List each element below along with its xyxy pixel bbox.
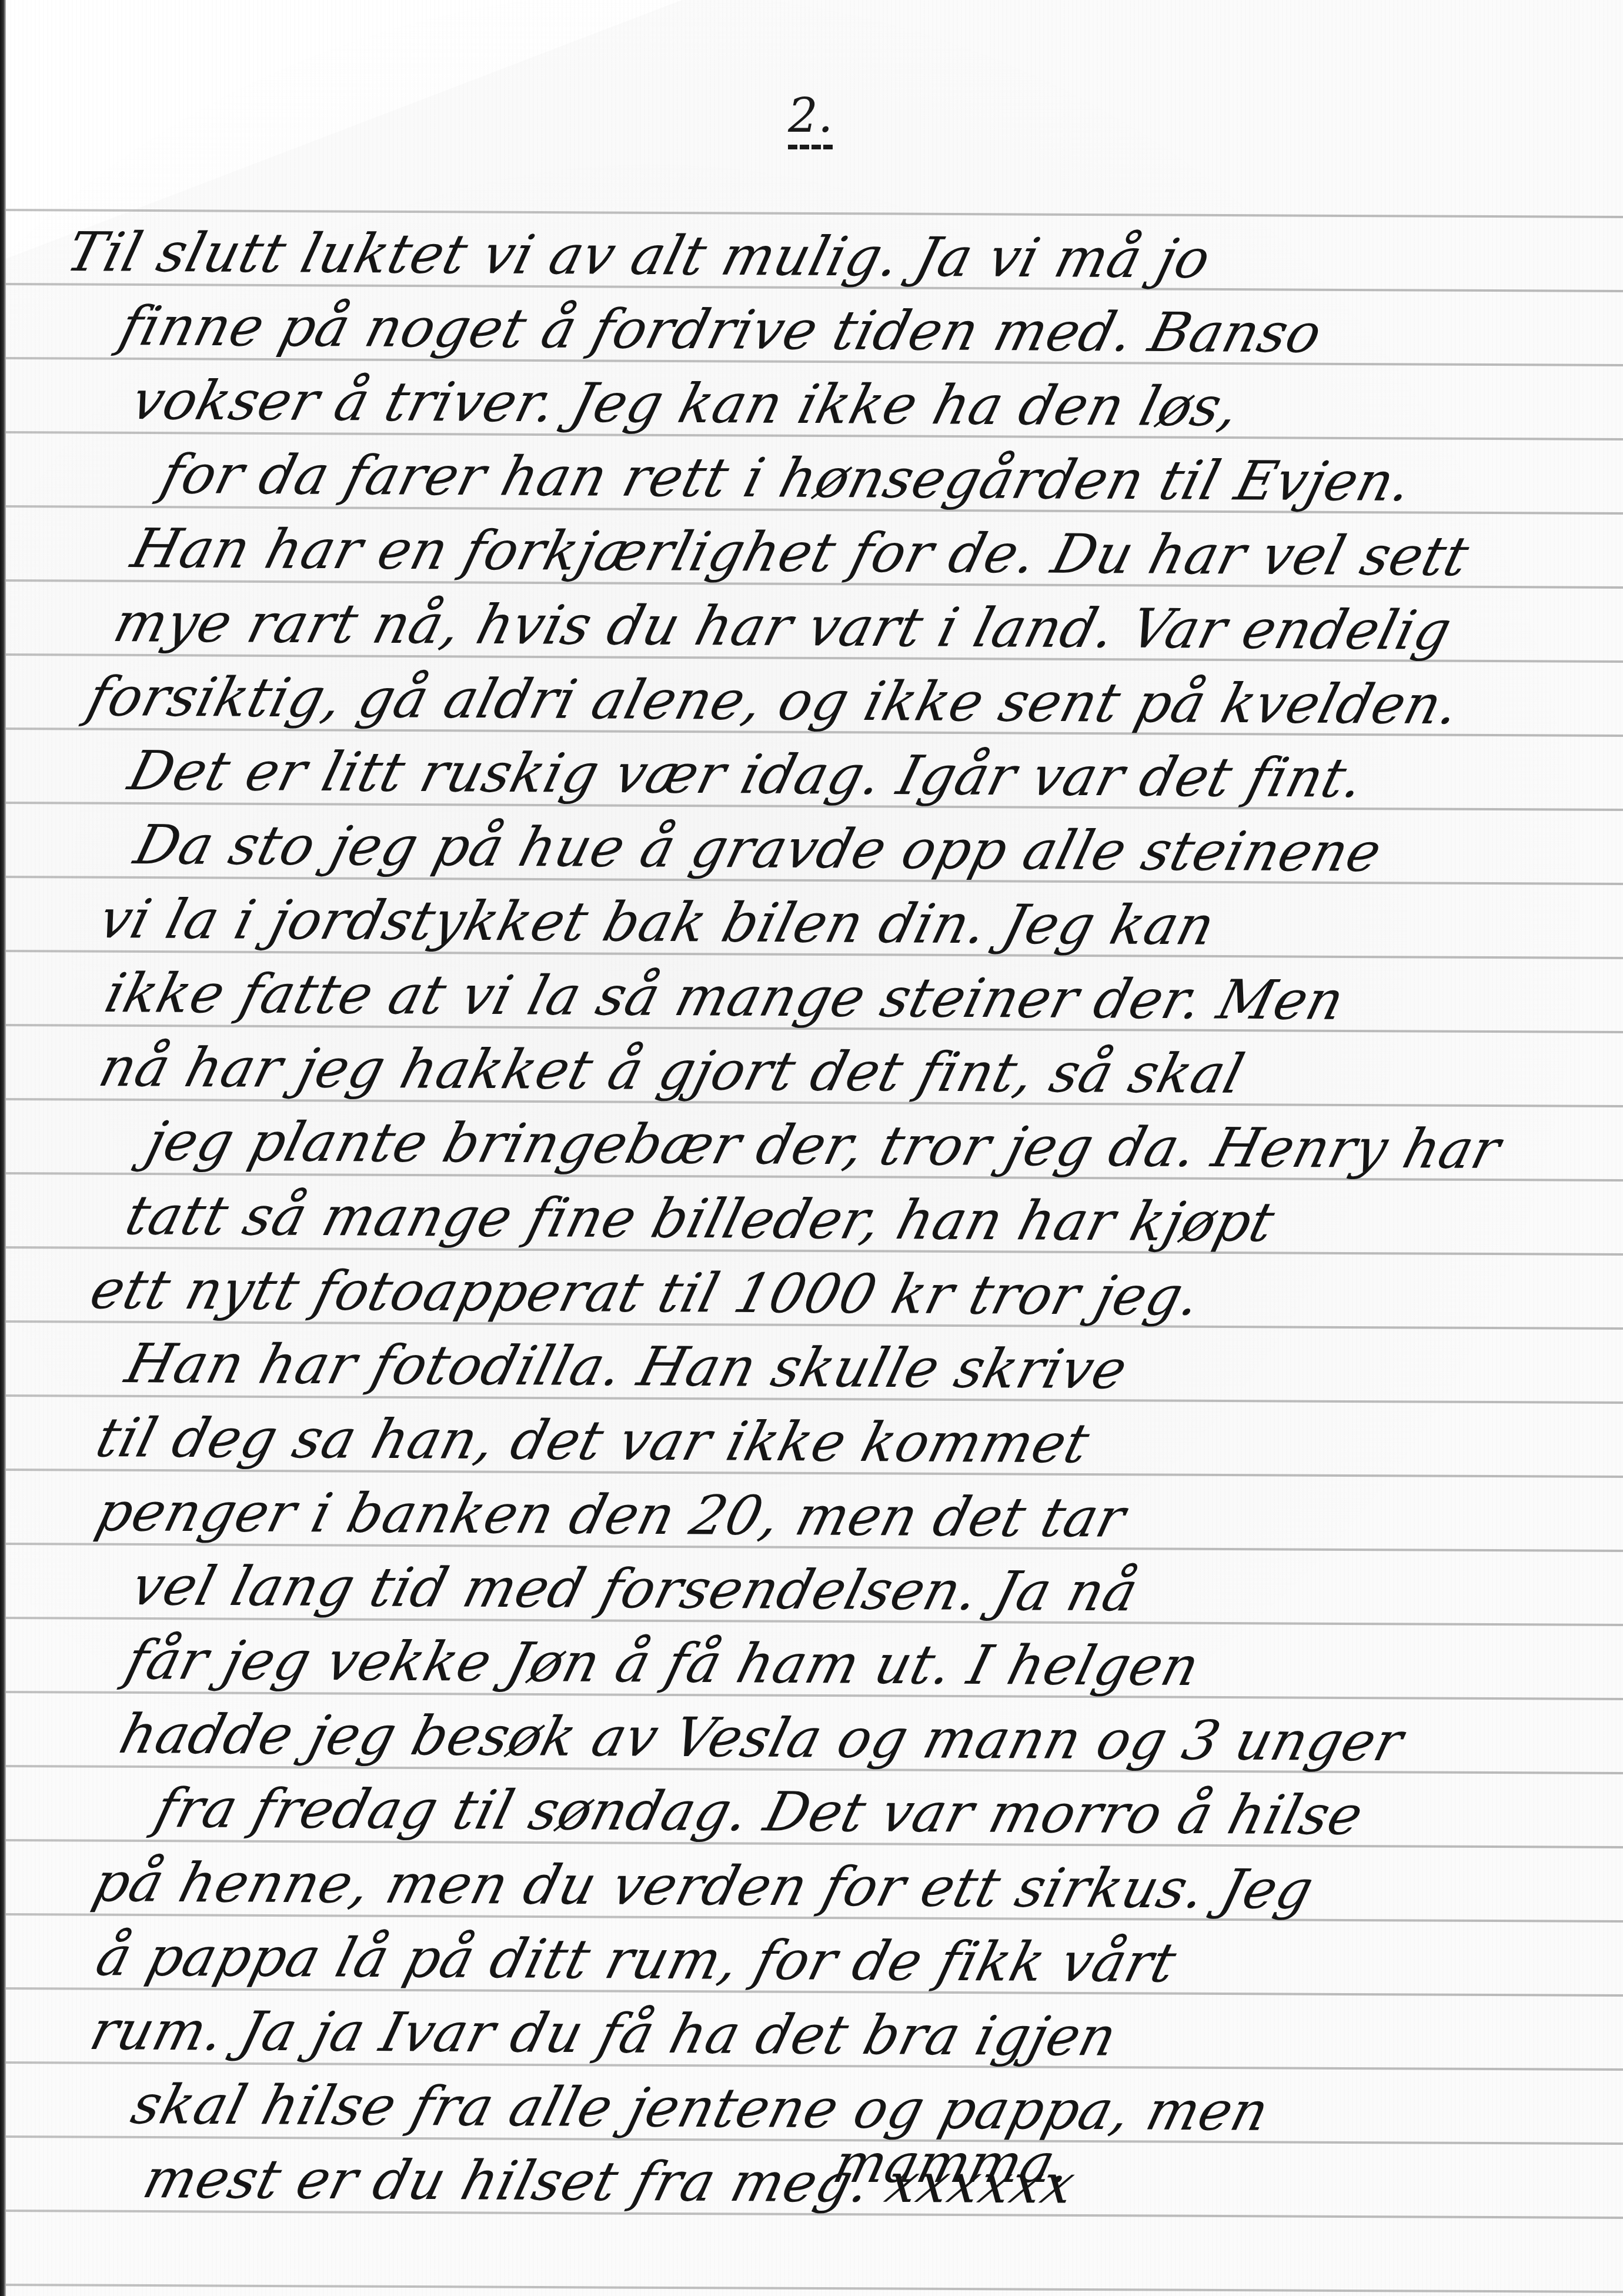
handwritten-line: Han har en forkjærlighet for de. Du har … bbox=[126, 522, 1474, 584]
scanner-edge bbox=[0, 0, 6, 2296]
handwritten-line: tatt så mange fine billeder, han har kjø… bbox=[121, 1189, 1280, 1250]
handwritten-line: vel lang tid med forsendelsen. Ja nå bbox=[126, 1559, 1144, 1619]
handwritten-line: Da sto jeg på hue å gravde opp alle stei… bbox=[129, 818, 1387, 880]
handwritten-line: til deg sa han, det var ikke kommet bbox=[91, 1411, 1095, 1471]
handwritten-line: forsiktig, gå aldri alene, og ikke sent … bbox=[82, 670, 1465, 732]
handwritten-line: mye rart nå, hvis du har vart i land. Va… bbox=[109, 596, 1457, 658]
handwritten-line: ikke fatte at vi la så mange steiner der… bbox=[100, 966, 1350, 1028]
letter-sheet: 2. Til slutt luktet vi av alt mulig. Ja … bbox=[6, 0, 1623, 2296]
handwritten-line: på henne, men du verden for ett sirkus. … bbox=[88, 1856, 1319, 1917]
handwritten-line: rum. Ja ja Ivar du få ha det bra igjen bbox=[85, 2004, 1123, 2064]
handwritten-line: å pappa lå på ditt rum, for de fikk vårt bbox=[91, 1930, 1182, 1990]
handwritten-line: får jeg vekke Jøn å få ham ut. I helgen bbox=[121, 1633, 1205, 1694]
handwritten-line: Til slutt luktet vi av alt mulig. Ja vi … bbox=[62, 225, 1216, 286]
unscanned-corner bbox=[6, 0, 682, 259]
handwritten-line: fra fredag til søndag. Det var morro å h… bbox=[150, 1781, 1368, 1843]
handwritten-line: finne på noget å fordrive tiden med. Ban… bbox=[115, 299, 1327, 361]
handwritten-line: Han har fotodilla. Han skulle skrive bbox=[121, 1337, 1133, 1397]
handwritten-line: for da farer han rett i hønsegården til … bbox=[156, 448, 1418, 509]
handwritten-line: vi la i jordstykket bak bilen din. Jeg k… bbox=[94, 892, 1220, 953]
handwritten-line: penger i banken den 20, men det tar bbox=[91, 1485, 1131, 1546]
ruled-line bbox=[6, 2284, 1623, 2293]
handwritten-line: nå har jeg hakket å gjort det fint, så s… bbox=[94, 1040, 1250, 1102]
signature: mamma. bbox=[827, 2132, 1078, 2195]
handwritten-line: hadde jeg besøk av Vesla og mann og 3 un… bbox=[115, 1707, 1408, 1769]
handwritten-line: skal hilse fra alle jentene og pappa, me… bbox=[126, 2078, 1274, 2139]
page-number: 2. bbox=[788, 88, 833, 143]
handwritten-line: vokser å triver. Jeg kan ikke ha den løs… bbox=[126, 373, 1245, 434]
handwritten-line: Det er litt ruskig vær idag. Igår var de… bbox=[123, 744, 1370, 806]
handwritten-line: jeg plante bringebær der, tror jeg da. H… bbox=[141, 1114, 1506, 1177]
handwritten-line: ett nytt fotoapperat til 1000 kr tror je… bbox=[85, 1263, 1207, 1324]
